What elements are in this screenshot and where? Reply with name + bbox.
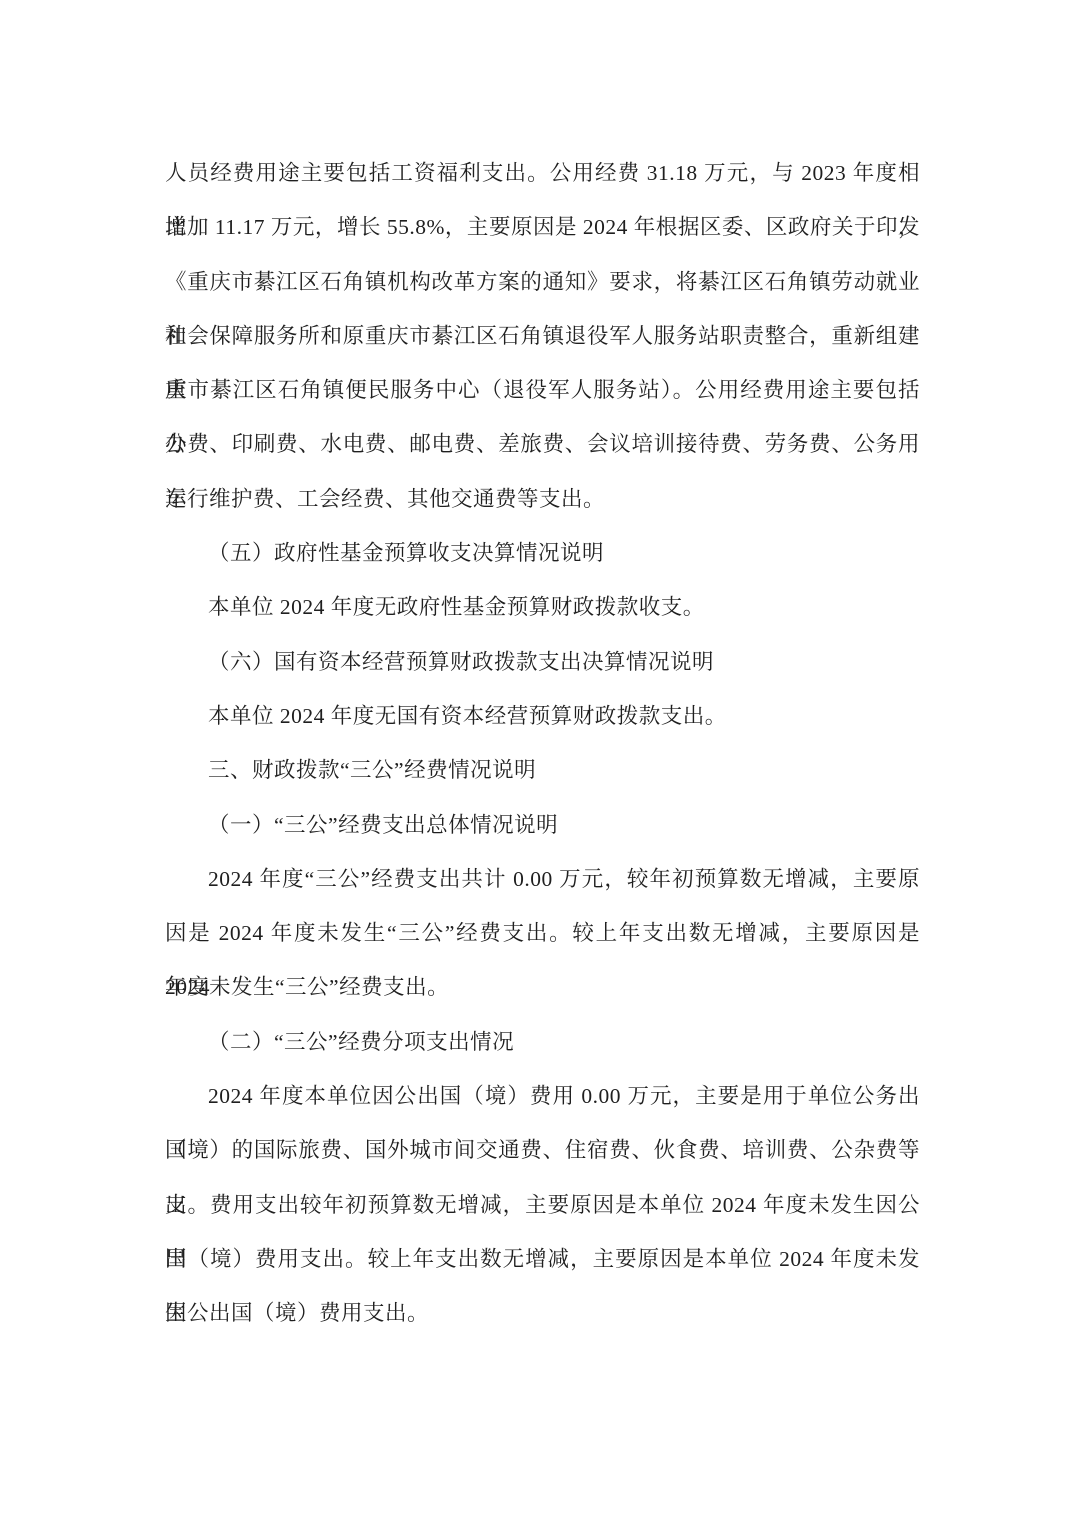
paragraph-line: 国（境）费用支出。较上年支出数无增减，主要原因是本单位 2024 年度未发生 [165, 1232, 920, 1286]
paragraph-line: 因是 2024 年度未发生“三公”经费支出。较上年支出数无增减，主要原因是 20… [165, 906, 920, 960]
paragraph-line: 年度未发生“三公”经费支出。 [165, 960, 920, 1014]
paragraph-line: 本单位 2024 年度无国有资本经营预算财政拨款支出。 [165, 689, 920, 743]
paragraph-line: 因公出国（境）费用支出。 [165, 1286, 920, 1340]
paragraph-line: 2024 年度本单位因公出国（境）费用 0.00 万元，主要是用于单位公务出国 [165, 1069, 920, 1123]
document-page: 人员经费用途主要包括工资福利支出。公用经费 31.18 万元，与 2023 年度… [0, 0, 1074, 1520]
paragraph-line: 公费、印刷费、水电费、邮电费、差旅费、会议培训接待费、劳务费、公务用车 [165, 417, 920, 471]
section-heading: （一）“三公”经费支出总体情况说明 [165, 798, 920, 852]
paragraph-line: 《重庆市綦江区石角镇机构改革方案的通知》要求，将綦江区石角镇劳动就业和 [165, 255, 920, 309]
paragraph-line: 庆市綦江区石角镇便民服务中心（退役军人服务站）。公用经费用途主要包括办 [165, 363, 920, 417]
paragraph-line: 运行维护费、工会经费、其他交通费等支出。 [165, 472, 920, 526]
paragraph-line: 增加 11.17 万元，增长 55.8%，主要原因是 2024 年根据区委、区政… [165, 200, 920, 254]
section-heading: （二）“三公”经费分项支出情况 [165, 1015, 920, 1069]
paragraph-line: 人员经费用途主要包括工资福利支出。公用经费 31.18 万元，与 2023 年度… [165, 146, 920, 200]
paragraph-line: 本单位 2024 年度无政府性基金预算财政拨款收支。 [165, 580, 920, 634]
paragraph-line: （境）的国际旅费、国外城市间交通费、住宿费、伙食费、培训费、公杂费等支 [165, 1123, 920, 1177]
section-heading: （五）政府性基金预算收支决算情况说明 [165, 526, 920, 580]
section-heading: 三、财政拨款“三公”经费情况说明 [165, 743, 920, 797]
paragraph-line: 出。费用支出较年初预算数无增减，主要原因是本单位 2024 年度未发生因公出 [165, 1178, 920, 1232]
paragraph-line: 2024 年度“三公”经费支出共计 0.00 万元，较年初预算数无增减，主要原 [165, 852, 920, 906]
paragraph-line: 社会保障服务所和原重庆市綦江区石角镇退役军人服务站职责整合，重新组建重 [165, 309, 920, 363]
document-text-block: 人员经费用途主要包括工资福利支出。公用经费 31.18 万元，与 2023 年度… [165, 146, 920, 1341]
section-heading: （六）国有资本经营预算财政拨款支出决算情况说明 [165, 635, 920, 689]
